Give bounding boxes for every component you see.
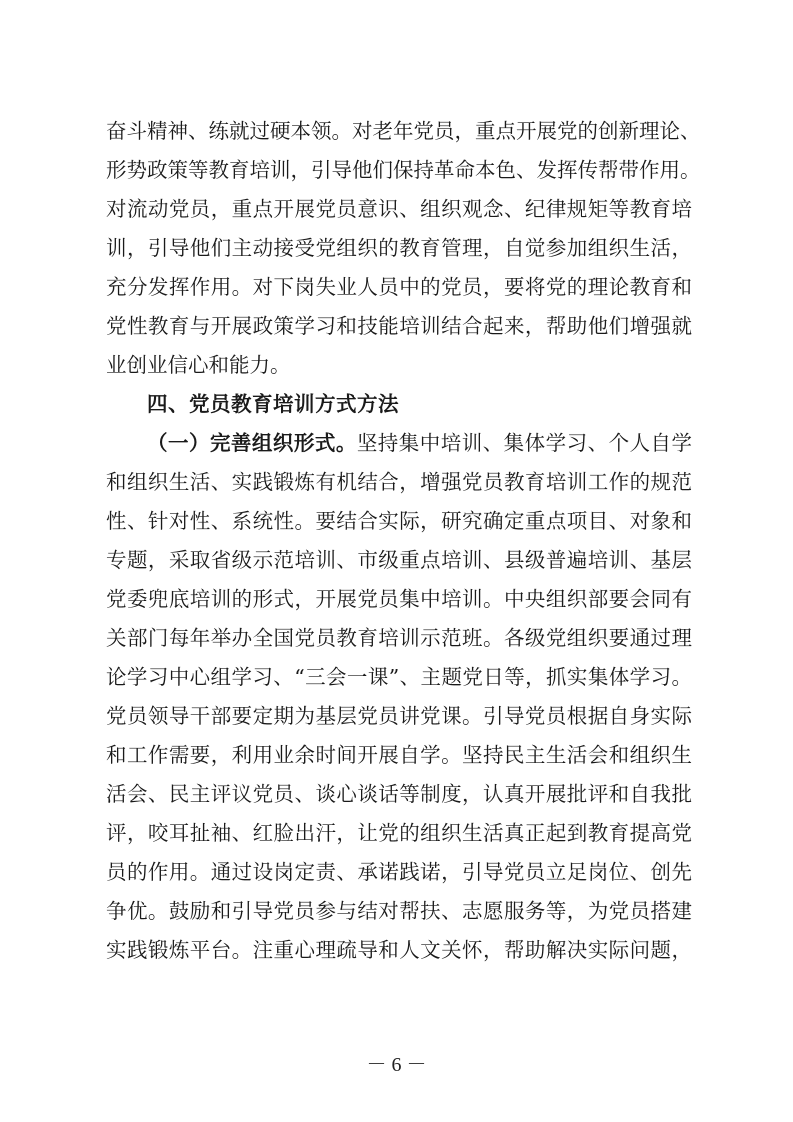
text-line: 党员领导干部要定期为基层党员讲党课。引导党员根据自身实际 <box>106 697 692 736</box>
text-line: 和组织生活、实践锻炼有机结合，增强党员教育培训工作的规范 <box>106 463 692 502</box>
text-line: 对流动党员，重点开展党员意识、组织观念、纪律规矩等教育培 <box>106 190 692 229</box>
text-line: 党性教育与开展政策学习和技能培训结合起来，帮助他们增强就 <box>106 307 692 346</box>
subsection-first-line: （一）完善组织形式。坚持集中培训、集体学习、个人自学 <box>106 424 692 463</box>
subsection-title: （一）完善组织形式。 <box>147 431 357 455</box>
text-line: 专题，采取省级示范培训、市级重点培训、县级普遍培训、基层 <box>106 541 692 580</box>
text-line: 业创业信心和能力。 <box>106 346 692 385</box>
text-line: 充分发挥作用。对下岗失业人员中的党员，要将党的理论教育和 <box>106 268 692 307</box>
subsection-first-line-text: 坚持集中培训、集体学习、个人自学 <box>357 431 692 455</box>
text-line: 活会、民主评议党员、谈心谈话等制度，认真开展批评和自我批 <box>106 775 692 814</box>
text-line: 员的作用。通过设岗定责、承诺践诺，引导党员立足岗位、创先 <box>106 853 692 892</box>
text-line: 奋斗精神、练就过硬本领。对老年党员，重点开展党的创新理论、 <box>106 112 692 151</box>
text-line: 论学习中心组学习、“三会一课”、主题党日等，抓实集体学习。 <box>106 658 692 697</box>
body-text: 奋斗精神、练就过硬本领。对老年党员，重点开展党的创新理论、 形势政策等教育培训，… <box>106 112 692 970</box>
text-line: 形势政策等教育培训，引导他们保持革命本色、发挥传帮带作用。 <box>106 151 692 190</box>
page-number: － 6 － <box>0 1048 793 1077</box>
section-heading: 四、党员教育培训方式方法 <box>106 385 692 424</box>
text-line: 党委兜底培训的形式，开展党员集中培训。中央组织部要会同有 <box>106 580 692 619</box>
text-line: 争优。鼓励和引导党员参与结对帮扶、志愿服务等，为党员搭建 <box>106 892 692 931</box>
text-line: 评，咬耳扯袖、红脸出汗，让党的组织生活真正起到教育提高党 <box>106 814 692 853</box>
text-line: 实践锻炼平台。注重心理疏导和人文关怀，帮助解决实际问题， <box>106 931 692 970</box>
text-line: 关部门每年举办全国党员教育培训示范班。各级党组织要通过理 <box>106 619 692 658</box>
document-page: 奋斗精神、练就过硬本领。对老年党员，重点开展党的创新理论、 形势政策等教育培训，… <box>0 0 793 1122</box>
text-line: 和工作需要，利用业余时间开展自学。坚持民主生活会和组织生 <box>106 736 692 775</box>
text-line: 训，引导他们主动接受党组织的教育管理，自觉参加组织生活， <box>106 229 692 268</box>
text-line: 性、针对性、系统性。要结合实际，研究确定重点项目、对象和 <box>106 502 692 541</box>
